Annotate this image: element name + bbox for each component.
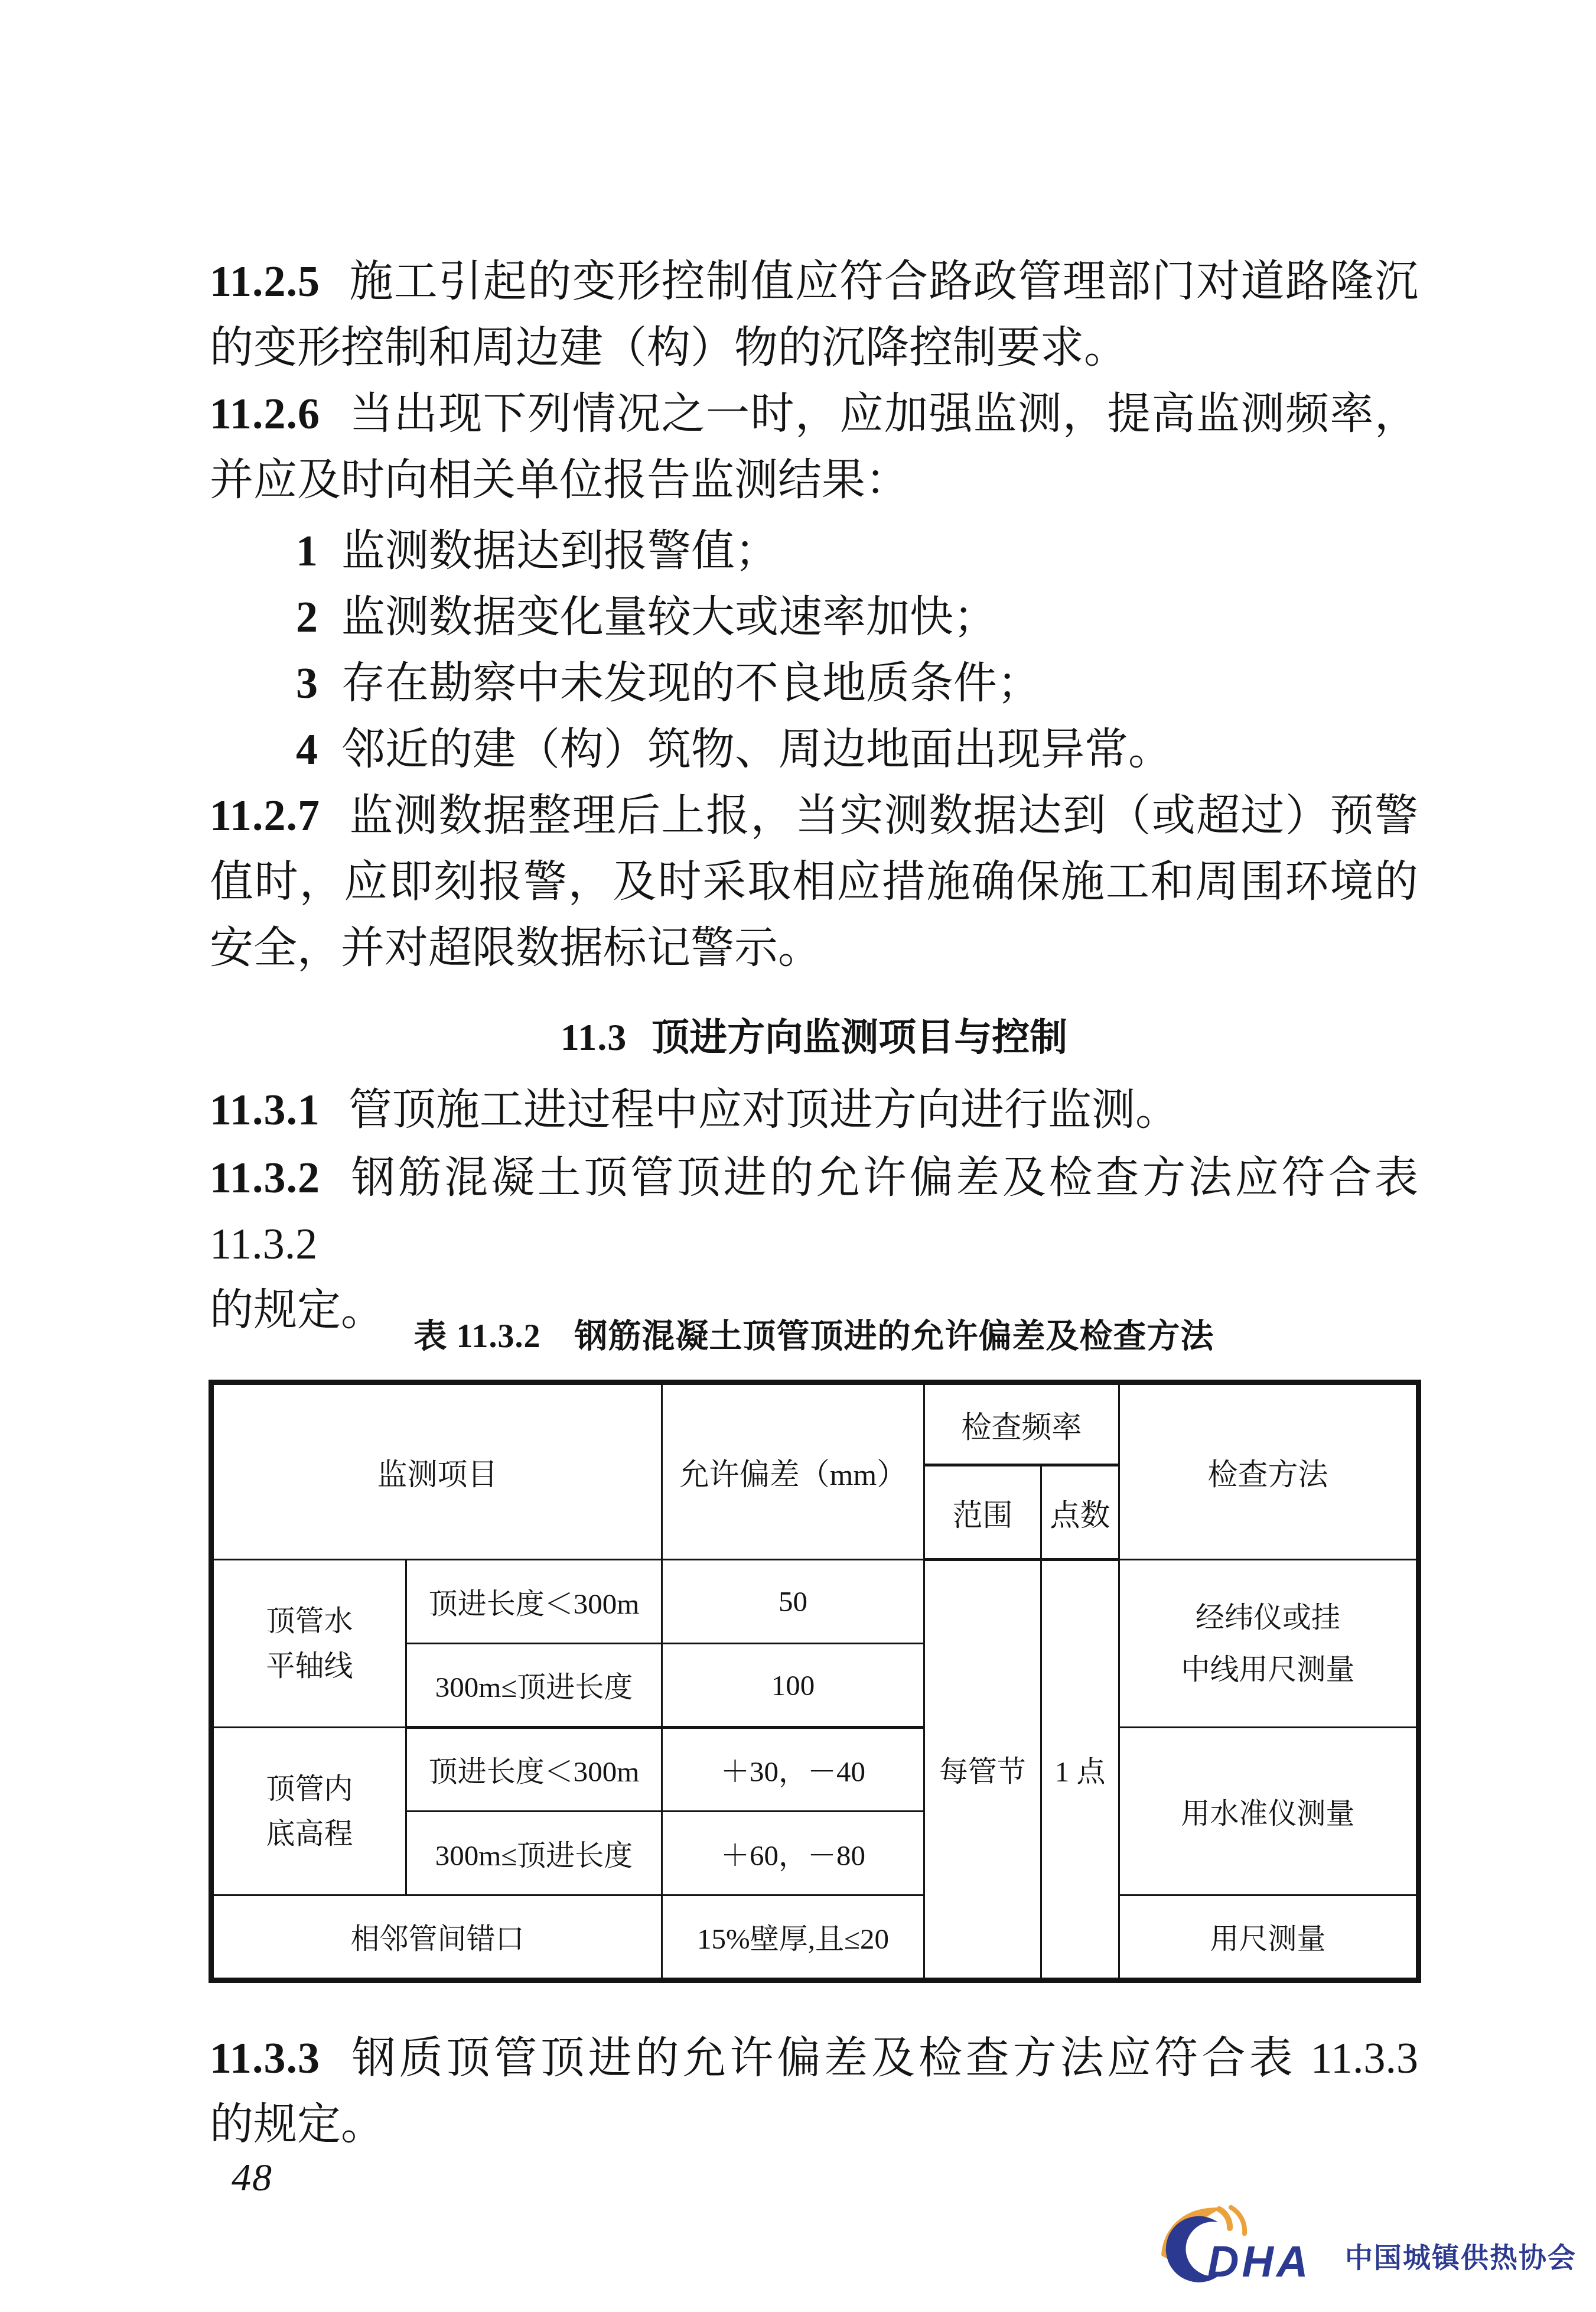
list-item-number: 2 — [296, 593, 318, 642]
header-monitoring-item: 监测项目 — [211, 1383, 662, 1560]
list-item: 4邻近的建（构）筑物、周边地面出现异常。 — [210, 717, 1418, 783]
cell-condition: 300m≤顶进长度 — [406, 1644, 662, 1728]
cell-line: 底高程 — [217, 1812, 402, 1856]
paragraph-text: 当出现下列情况之一时，应加强监测，提高监测频率，并应及时向相关单位报告监测结果： — [210, 390, 1418, 505]
list-item-text: 监测数据达到报警值； — [341, 527, 779, 575]
cell-frequency-points: 1 点 — [1041, 1560, 1119, 1981]
section-number: 11.2.7 — [210, 792, 320, 840]
cell-line: 顶管内 — [217, 1767, 402, 1812]
cell-deviation: ＋30，－40 — [662, 1728, 924, 1812]
paragraph-line: 11.3.2钢筋混凝土顶管顶进的允许偏差及检查方法应符合表 11.3.2 — [210, 1145, 1418, 1277]
section-number: 11.3.1 — [210, 1086, 320, 1134]
list-item: 1监测数据达到报警值； — [210, 518, 1418, 584]
cdha-logo: DHA 中国城镇供热协会 — [1157, 2199, 1582, 2308]
paragraph-text: 监测数据整理后上报，当实测数据达到（或超过）预警值时，应即刻报警，及时采取相应措… — [210, 792, 1418, 973]
list-item: 2监测数据变化量较大或速率加快； — [210, 584, 1418, 651]
header-check-method: 检查方法 — [1119, 1383, 1419, 1560]
cell-line: 中线用尺测量 — [1123, 1644, 1412, 1696]
paragraph-text: 施工引起的变形控制值应符合路政管理部门对道路隆沉的变形控制和周边建（构）物的沉降… — [210, 258, 1418, 372]
list-item-text: 监测数据变化量较大或速率加快； — [341, 593, 997, 642]
table-row: 顶管水 平轴线 顶进长度＜300m 50 每管节 1 点 经纬仪或挂 中线用尺测… — [211, 1560, 1419, 1644]
paragraph-text: 钢质顶管顶进的允许偏差及检查方法应符合表 11.3.3 — [348, 2034, 1418, 2083]
list-item-text: 存在勘察中未发现的不良地质条件； — [341, 659, 1041, 708]
cell-condition: 300m≤顶进长度 — [406, 1812, 662, 1895]
section-heading-11-3: 11.3顶进方向监测项目与控制 — [210, 1004, 1418, 1071]
cell-deviation: 15%壁厚,且≤20 — [662, 1895, 924, 1981]
list-item-number: 3 — [296, 659, 318, 708]
section-number: 11.3.3 — [210, 2034, 320, 2083]
deviation-check-table: 监测项目 允许偏差（mm） 检查频率 检查方法 范围 点数 顶管水 平轴线 顶进… — [209, 1380, 1421, 1983]
cdha-logo-emblem: DHA — [1157, 2201, 1337, 2307]
list-item-number: 4 — [296, 726, 318, 774]
logo-organization-name: 中国城镇供热协会 — [1345, 2236, 1577, 2275]
paragraph-11-3-1: 11.3.1管顶施工进过程中应对顶进方向进行监测。 — [210, 1077, 1418, 1143]
section-number: 11.2.6 — [210, 390, 320, 438]
cell-line: 平轴线 — [217, 1644, 402, 1689]
cell-condition: 顶进长度＜300m — [406, 1728, 662, 1812]
logo-orange-arc-small — [1219, 2209, 1230, 2228]
paragraph-11-2-6: 11.2.6当出现下列情况之一时，应加强监测，提高监测频率，并应及时向相关单位报… — [210, 381, 1418, 513]
paragraph-line: 的规定。 — [210, 2092, 1418, 2158]
section-number: 11.3.2 — [210, 1154, 320, 1202]
list-item-text: 邻近的建（构）筑物、周边地面出现异常。 — [341, 726, 1172, 774]
heading-title: 顶进方向监测项目与控制 — [652, 1016, 1067, 1058]
cell-method-level: 用水准仪测量 — [1119, 1728, 1419, 1895]
subheader-range: 范围 — [924, 1465, 1041, 1560]
table-caption: 表 11.3.2 钢筋混凝土顶管顶进的允许偏差及检查方法 — [210, 1307, 1418, 1366]
cell-deviation: 100 — [662, 1644, 924, 1728]
heading-number: 11.3 — [561, 1016, 627, 1058]
paragraph-11-3-3: 11.3.3钢质顶管顶进的允许偏差及检查方法应符合表 11.3.3 的规定。 — [210, 2025, 1418, 2158]
section-number: 11.2.5 — [210, 258, 320, 306]
header-allowed-deviation: 允许偏差（mm） — [662, 1383, 924, 1560]
paragraph-text: 管顶施工进过程中应对顶进方向进行监测。 — [348, 1086, 1179, 1134]
list-item-number: 1 — [296, 527, 318, 575]
cell-method-ruler: 用尺测量 — [1119, 1895, 1419, 1981]
cell-item-joint-offset: 相邻管间错口 — [211, 1895, 662, 1981]
cell-item-invert-elevation: 顶管内 底高程 — [211, 1728, 406, 1895]
cell-line: 经纬仪或挂 — [1123, 1592, 1412, 1644]
paragraph-text: 钢筋混凝土顶管顶进的允许偏差及检查方法应符合表 11.3.2 — [210, 1154, 1418, 1269]
table-header-row: 监测项目 允许偏差（mm） 检查频率 检查方法 — [211, 1383, 1419, 1465]
paragraph-11-2-5: 11.2.5施工引起的变形控制值应符合路政管理部门对道路隆沉的变形控制和周边建（… — [210, 249, 1418, 381]
paragraph-line: 11.3.3钢质顶管顶进的允许偏差及检查方法应符合表 11.3.3 — [210, 2025, 1418, 2092]
logo-acronym: DHA — [1207, 2237, 1311, 2286]
condition-list: 1监测数据达到报警值； 2监测数据变化量较大或速率加快； 3存在勘察中未发现的不… — [210, 518, 1418, 783]
cell-method-theodolite: 经纬仪或挂 中线用尺测量 — [1119, 1560, 1419, 1728]
cell-deviation: ＋60，－80 — [662, 1812, 924, 1895]
table-row: 顶管内 底高程 顶进长度＜300m ＋30，－40 用水准仪测量 — [211, 1728, 1419, 1812]
table-row: 相邻管间错口 15%壁厚,且≤20 用尺测量 — [211, 1895, 1419, 1981]
logo-orange-arc-large — [1231, 2207, 1245, 2233]
page-number: 48 — [232, 2155, 273, 2200]
paragraph-11-2-7: 11.2.7监测数据整理后上报，当实测数据达到（或超过）预警值时，应即刻报警，及… — [210, 783, 1418, 981]
cell-line: 顶管水 — [217, 1599, 402, 1644]
cell-item-axis: 顶管水 平轴线 — [211, 1560, 406, 1728]
cell-condition: 顶进长度＜300m — [406, 1560, 662, 1644]
cell-deviation: 50 — [662, 1560, 924, 1644]
header-check-frequency: 检查频率 — [924, 1383, 1119, 1465]
list-item: 3存在勘察中未发现的不良地质条件； — [210, 651, 1418, 717]
document-page: 11.2.5施工引起的变形控制值应符合路政管理部门对道路隆沉的变形控制和周边建（… — [0, 0, 1596, 2312]
cell-frequency-range: 每管节 — [924, 1560, 1041, 1981]
subheader-points: 点数 — [1041, 1465, 1119, 1560]
